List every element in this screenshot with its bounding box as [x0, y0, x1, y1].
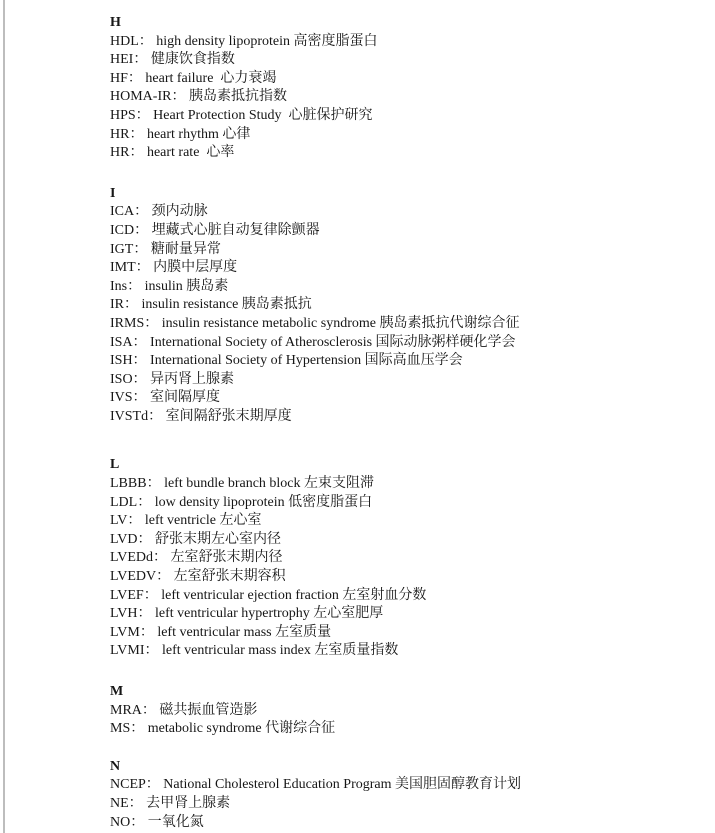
glossary-entry: MS： metabolic syndrome 代谢综合征 — [110, 720, 697, 739]
section-letter-heading: H — [110, 14, 697, 33]
section-letter-heading: M — [110, 683, 697, 702]
glossary-entry: LVD： 舒张末期左心室内径 — [110, 531, 697, 550]
glossary-entry: IMT： 内膜中层厚度 — [110, 259, 697, 278]
glossary-entry: MRA： 磁共振血管造影 — [110, 702, 697, 721]
glossary-entry: LDL： low density lipoprotein 低密度脂蛋白 — [110, 494, 697, 513]
glossary-entry: IRMS： insulin resistance metabolic syndr… — [110, 315, 697, 334]
glossary-entry: Ins： insulin 胰岛素 — [110, 278, 697, 297]
glossary-entry: HOMA-IR： 胰岛素抵抗指数 — [110, 88, 697, 107]
section-letter-heading: I — [110, 185, 697, 204]
glossary-entry: NO： 一氧化氮 — [110, 814, 697, 833]
glossary-entry: IR： insulin resistance 胰岛素抵抗 — [110, 296, 697, 315]
section-letter-heading: L — [110, 456, 697, 475]
page-left-border — [3, 0, 5, 833]
section-letter-heading: N — [110, 758, 697, 777]
glossary-entry: LVEDd： 左室舒张末期内径 — [110, 549, 697, 568]
glossary-section-H: HHDL： high density lipoprotein 高密度脂蛋白HEI… — [110, 14, 697, 163]
glossary-section-M: MMRA： 磁共振血管造影MS： metabolic syndrome 代谢综合… — [110, 683, 697, 739]
glossary-section-I: IICA： 颈内动脉ICD： 埋藏式心脏自动复律除颤器IGT： 糖耐量异常IMT… — [110, 185, 697, 427]
glossary-entry: HR： heart rate 心率 — [110, 144, 697, 163]
glossary-entry: NCEP： National Cholesterol Education Pro… — [110, 776, 697, 795]
glossary-content: HHDL： high density lipoprotein 高密度脂蛋白HEI… — [110, 14, 697, 832]
glossary-entry: HR： heart rhythm 心律 — [110, 126, 697, 145]
glossary-entry: HEI： 健康饮食指数 — [110, 51, 697, 70]
glossary-section-N: NNCEP： National Cholesterol Education Pr… — [110, 758, 697, 832]
glossary-entry: IVSTd： 室间隔舒张末期厚度 — [110, 408, 697, 427]
glossary-entry: IGT： 糖耐量异常 — [110, 241, 697, 260]
glossary-entry: ISO： 异丙肾上腺素 — [110, 371, 697, 390]
glossary-entry: ICA： 颈内动脉 — [110, 203, 697, 222]
glossary-entry: LVMI： left ventricular mass index 左室质量指数 — [110, 642, 697, 661]
glossary-entry: LBBB： left bundle branch block 左束支阻滞 — [110, 475, 697, 494]
glossary-entry: LVM： left ventricular mass 左室质量 — [110, 624, 697, 643]
glossary-entry: ICD： 埋藏式心脏自动复律除颤器 — [110, 222, 697, 241]
glossary-entry: HF： heart failure 心力衰竭 — [110, 70, 697, 89]
glossary-entry: LVH： left ventricular hypertrophy 左心室肥厚 — [110, 605, 697, 624]
glossary-section-L: LLBBB： left bundle branch block 左束支阻滞LDL… — [110, 456, 697, 661]
glossary-entry: LVEDV： 左室舒张末期容积 — [110, 568, 697, 587]
glossary-entry: ISH： International Society of Hypertensi… — [110, 352, 697, 371]
glossary-entry: LVEF： left ventricular ejection fraction… — [110, 587, 697, 606]
glossary-entry: IVS： 室间隔厚度 — [110, 389, 697, 408]
glossary-entry: LV： left ventricle 左心室 — [110, 512, 697, 531]
glossary-entry: HDL： high density lipoprotein 高密度脂蛋白 — [110, 33, 697, 52]
glossary-entry: ISA： International Society of Atheroscle… — [110, 334, 697, 353]
glossary-entry: HPS： Heart Protection Study 心脏保护研究 — [110, 107, 697, 126]
glossary-entry: NE： 去甲肾上腺素 — [110, 795, 697, 814]
